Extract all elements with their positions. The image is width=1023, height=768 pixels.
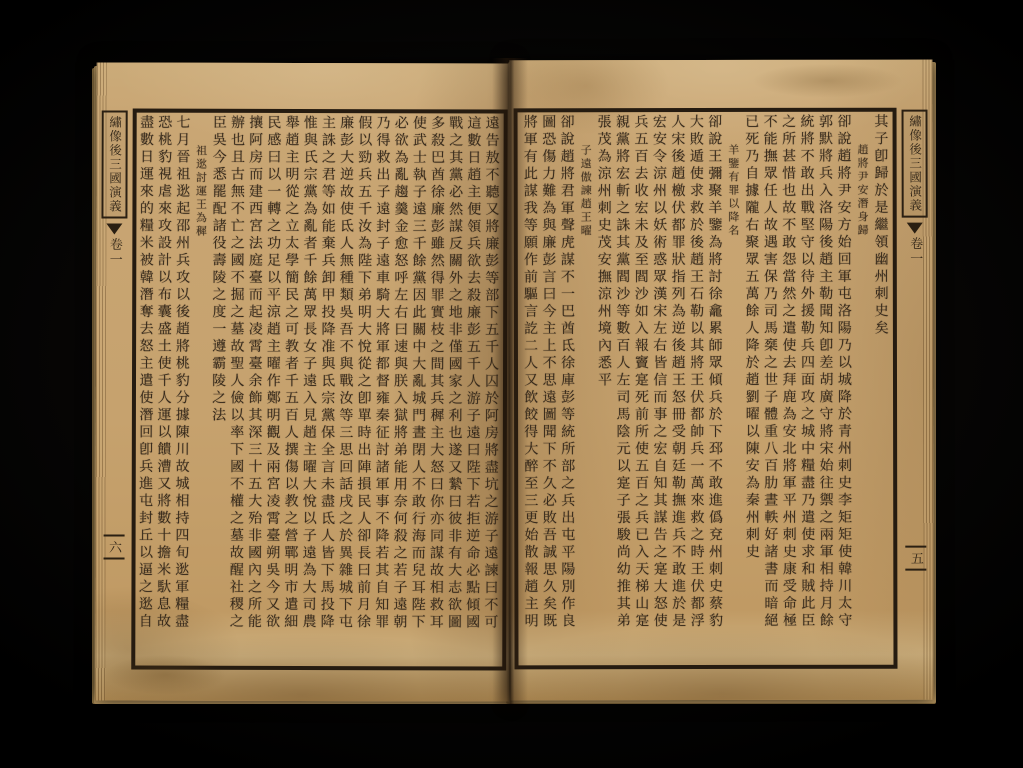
folio-number: 六 <box>103 535 124 560</box>
text-column: 郭默將兵入洛陽後趙主勒聞知卽差胡廣守將宋始往禦之兩軍相持月餘 <box>816 114 835 663</box>
text-column: 惟與氏宗黨為亂者千餘萬眾長女子遠入見趙主曜大悅以子遠為大司農 <box>299 115 319 664</box>
photo-background: 繡像後三國演義 卷一 六 遠告敖不聽又將廉彭等部下五千人囚於阿房將盡坑之游子遠諫… <box>0 0 1023 768</box>
section-heading-column: 羊鑒有罪以降名 <box>724 114 743 663</box>
text-column: 不能撫眾任人故遇害保乃司馬椉之世子體重八百肋晝軼好諸書而暗絕 <box>760 114 779 663</box>
text-column: 使武士執子遠三千餘黨因此關中大亂城門晝閉人不敢行海而兒耳陛下 <box>408 115 428 664</box>
text-column: 其子卽歸於是繼領幽州刺史矣 <box>871 114 890 663</box>
text-column: 廉彭大逆故使氐人無種類吳吾不與戰汝等三思回話戌之於異雜城下屯 <box>336 115 356 664</box>
text-column: 將軍有此謀我等願作前驅言訖二人又飲餃得大醉至三更始散報趙主明 <box>521 114 540 663</box>
text-column: 辦也且古無不亡之國不掘之墓故聖人儉以率下國不權之墓故醒社稷之 <box>226 115 246 664</box>
right-text-block-frame: 其子卽歸於是繼領幽州刺史矣趙將尹安潛身歸卻說趙將尹安方始回軍屯洛陽乃以城降於青州… <box>514 108 898 670</box>
text-column: 恐桃豹視虐來攻設計以布囊盛土使千人運以饋漕又將數十擔米馱息故 <box>154 115 174 664</box>
text-column: 統將不敢出戰堅守以待外援勒兵四面攻之城中糧盡乃遣使求和賊此臣 <box>797 114 816 663</box>
volume-label: 卷一 <box>905 237 924 267</box>
left-page: 繡像後三國演義 卷一 六 遠告敖不聽又將廉彭等部下五千人囚於阿房將盡坑之游子遠諫… <box>95 62 511 701</box>
text-column: 盡數日運來的糧米被韓潛奪去怒主遣使潛回卽兵進屯封丘以逼之逖自 <box>138 115 155 664</box>
section-heading-column: 趙將尹安潛身歸 <box>853 114 872 663</box>
text-column: 張茂為涼州刺史茂安撫涼州境內悉平 <box>594 114 613 663</box>
folio-number: 五 <box>905 545 926 570</box>
text-column: 之所甚惜也故不敢怨當然之遣使去拜鹿為安北將軍平州刺史康受命極 <box>779 114 798 663</box>
section-heading-column: 子遠傲諫趙王曜 <box>576 114 595 663</box>
right-page: 繡像後三國演義 卷一 五 其子卽歸於是繼領幽州刺史矣趙將尹安潛身歸卻說趙將尹安方… <box>509 60 933 701</box>
book-title: 繡像後三國演義 <box>101 110 127 218</box>
text-column: 親黨將宏斬之誅其黨閻沙等數百人左司馬陰元以寔子張駿尚幼推其弟 <box>613 114 632 663</box>
text-column: 圖恐傷力難為與廉彭言曰今主上不思遠圖聞下不久必敗吾誠思久矣既 <box>539 114 558 663</box>
text-column: 宏安令涼州以妖術惑眾漢宋左右皆信而事之宏自知其謀告之寔大怒使 <box>650 114 669 663</box>
text-column: 戰之其黨必然謀反關外之地非僅國家之利也遂又縶曰彼非有大志欲圖 <box>445 115 465 664</box>
text-column: 乃得救出子遠封子遠車騎大將軍都督雍秦征討諸軍事不降若其自知罪 <box>372 115 392 664</box>
text-column: 兵五百去收宏未及至閻沙如入報竇寔死前所使五百之兵已入天梯山寔 <box>631 114 650 663</box>
fishtail-mark-icon <box>907 223 923 234</box>
text-column: 攘阿房而建西宮法庭臺而起凌霄臺余飾其深三十五大殆非國內之所能 <box>245 115 265 664</box>
text-column: 卻說趙將尹安方始回軍屯洛陽乃以城降於青州刺史李矩矩使韓川太守 <box>834 114 853 663</box>
text-column: 主誅之君等如能棄兵卸甲投降准與氐宗黨保全言未盡氐人皆下馬投降 <box>317 115 337 664</box>
text-column: 人宋後趙檄伏都罪狀指列為逆後趙王怒冊受朝廷勒撫進兵不敢進於是 <box>668 114 687 663</box>
left-text-block-frame: 遠告敖不聽又將廉彭等部下五千人囚於阿房將盡坑之游子遠諫曰不可這數日趙主便領兵欲去… <box>131 109 507 671</box>
text-column: 多殺巴酋徐廉彭雖然得罪實枝之間其兵穉主大怒曰你亦同謀故相救耳 <box>427 115 447 664</box>
text-column: 已死乃自據隴右聚眾五萬餘人降於趙劉曜以陳安為秦州刺史 <box>742 114 761 663</box>
open-book: 繡像後三國演義 卷一 六 遠告敖不聽又將廉彭等部下五千人囚於阿房將盡坑之游子遠諫… <box>0 0 1023 768</box>
text-column: 民感曰以一轉之功足以平涼趙主曜作鄭明觀及兩宮凌霄臺朔吳今又欲 <box>263 115 283 664</box>
text-column: 臣吳今悉罷配諸役壽陵之度一遵霸陵之法 <box>208 115 228 664</box>
text-column: 假以勁兵五千汝為陛下弟明大悅從之卽單時出陣損民人卻長曰前月徐 <box>354 115 374 664</box>
text-column: 遠告敖不聽又將廉彭等部下五千人囚於阿房將盡坑之游子遠諫曰不可 <box>481 115 501 664</box>
paper-stain <box>752 64 902 98</box>
right-fold-strip: 繡像後三國演義 卷一 五 <box>897 108 934 669</box>
left-fold-strip: 繡像後三國演義 卷一 六 <box>95 108 132 669</box>
section-heading-column: 祖逖討運王為穉 <box>190 115 210 664</box>
text-column: 必欲為亂趨羹金愈怒呼左右曰速與朕入獄將弟能用奈何殺之若子遠朝 <box>390 115 410 664</box>
right-text-columns: 其子卽歸於是繼領幽州刺史矣趙將尹安潛身歸卻說趙將尹安方始回軍屯洛陽乃以城降於青州… <box>521 114 891 664</box>
text-column: 舉趙主明從之立太學簡民之可教者千五百人撰傷以教之營鄲明市遣細 <box>281 115 301 664</box>
fishtail-mark-icon <box>106 223 122 234</box>
text-column: 這數日趙主便領兵欲去殺廉彭五千人游子遠曰陛下若拒逆命必點傾國 <box>463 115 483 664</box>
book-title: 繡像後三國演義 <box>902 110 928 218</box>
left-text-columns: 遠告敖不聽又將廉彭等部下五千人囚於阿房將盡坑之游子遠諫曰不可這數日趙主便領兵欲去… <box>138 115 500 665</box>
volume-label: 卷一 <box>105 237 124 267</box>
text-column: 卻說趙將君軍聲虎謀不一巴酋氐徐庫彭等統所部之兵出屯平陽別作良 <box>557 114 576 663</box>
text-column: 七月晉祖逖起邵州兵攻以後趙將桃豹分據陳川故城相持四旬逖軍糧盡 <box>172 115 192 664</box>
text-column: 大敗遁使求救於後趙王石勒以其將王伏都帥兵一萬來救之時王伏都浮 <box>687 114 706 663</box>
text-column: 卻說王彌聚羊鑒為將討徐龕累師眾傾兵於下邳不敢進僞兗州刺史蔡豹 <box>705 114 724 663</box>
